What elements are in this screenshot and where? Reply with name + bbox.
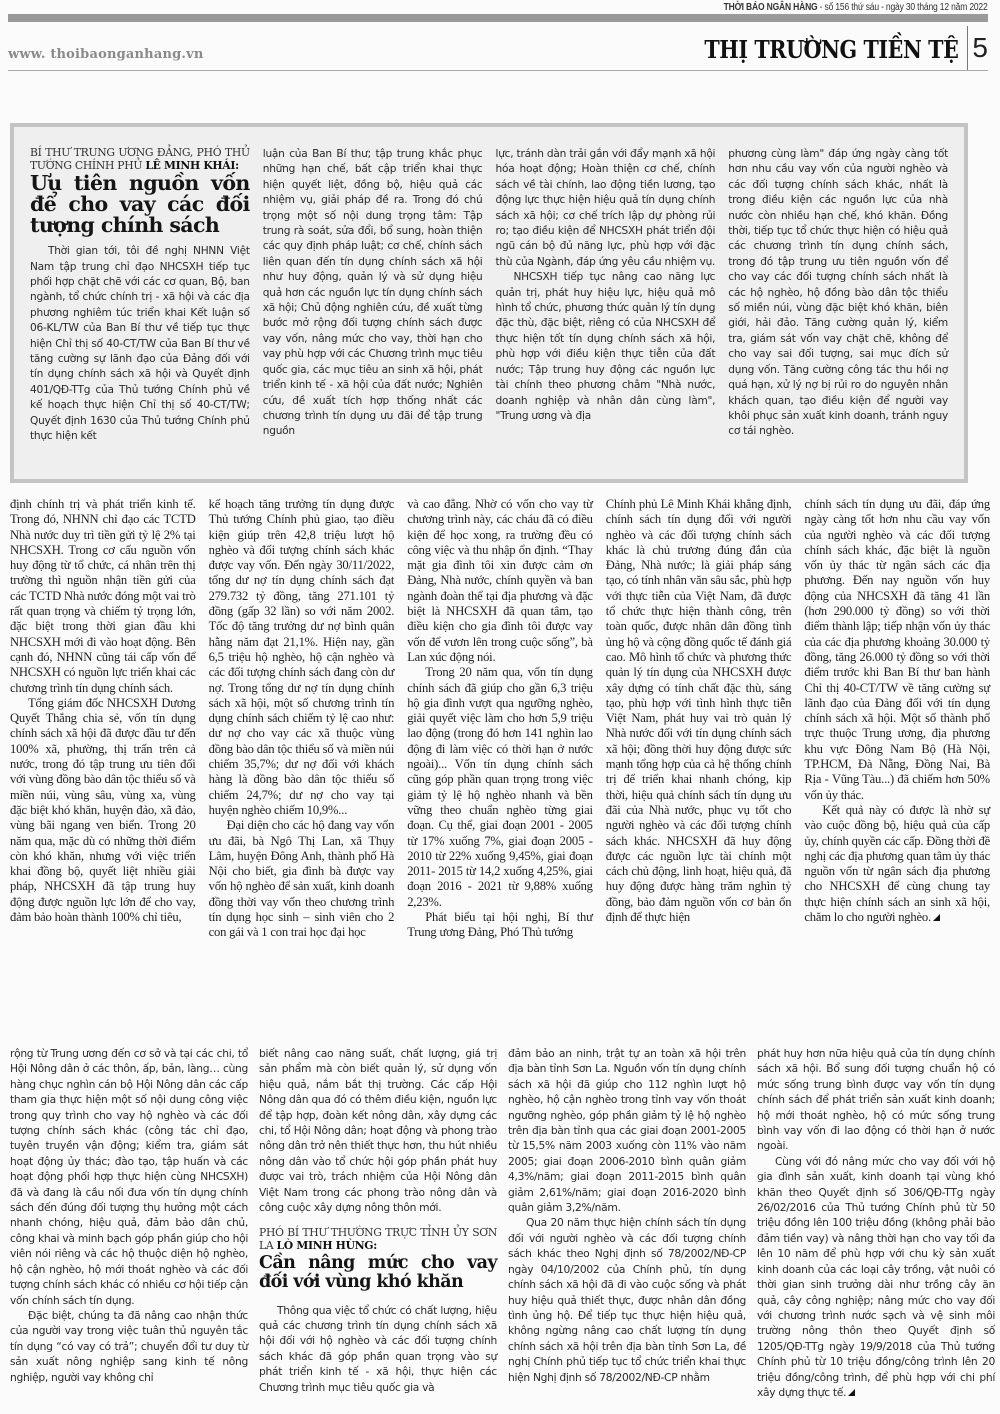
paper-name: THỜI BÁO NGÂN HÀNG [724, 2, 818, 13]
website-link[interactable]: www. thoibaonganhang.vn [8, 47, 204, 62]
box-column-2: luận của Ban Bí thư; tập trung khắc phục… [263, 147, 483, 469]
bottom-column-4: phát huy hơn nữa hiệu quả của tín dụng c… [757, 1046, 995, 1414]
paragraph: Đặc biệt, chúng ta đã nâng cao nhận thức… [10, 1308, 248, 1385]
paragraph: đảm bảo an ninh, trật tự an toàn xã hội … [508, 1046, 746, 1215]
paragraph: định chính trị và phát triển kinh tế. Tr… [10, 497, 196, 696]
paragraph: biết nâng cao năng suất, chất lượng, giá… [259, 1046, 497, 1215]
bottom-column-3: đảm bảo an ninh, trật tự an toàn xã hội … [508, 1046, 746, 1414]
page-number: 5 [972, 32, 988, 64]
paragraph-text: Cùng với đó nâng mức cho vay đối với hộ … [757, 1155, 995, 1399]
paragraph: phương cùng làm" đáp ứng ngày càng tốt h… [728, 147, 948, 440]
paragraph: NHCSXH tiếp tục nâng cao năng lực quản t… [496, 270, 716, 424]
bottom-column-1: rộng từ Trung ương đến cơ sở và tại các … [10, 1046, 248, 1414]
box-column-1: BÍ THƯ TRUNG ƯƠNG ĐẢNG, PHÓ THỦ TƯỚNG CH… [30, 147, 250, 469]
mid-column-4: Chính phủ Lê Minh Khái khẳng định, chính… [606, 497, 792, 975]
paragraph: kế hoạch tăng trưởng tín dụng được Thủ t… [209, 497, 395, 818]
paragraph: phát huy hơn nữa hiệu quả của tín dụng c… [757, 1046, 995, 1154]
paragraph: Chính phủ Lê Minh Khái khẳng định, chính… [606, 497, 792, 925]
paragraph: Phát biểu tại hội nghị, Bí thư Trung ươn… [407, 910, 593, 941]
end-mark-icon [848, 1389, 855, 1396]
header-divider [967, 26, 968, 70]
paragraph: rộng từ Trung ương đến cơ sở và tại các … [10, 1046, 248, 1308]
end-mark-icon [933, 914, 940, 921]
paragraph: và cao đẳng. Nhờ có vốn cho vay từ chươn… [407, 497, 593, 665]
box-column-3: lực, tránh dàn trải gắn với đẩy mạnh xã … [496, 147, 716, 469]
bottom-column-2: biết nâng cao năng suất, chất lượng, giá… [259, 1046, 497, 1414]
boxed-article: BÍ THƯ TRUNG ƯƠNG ĐẢNG, PHÓ THỦ TƯỚNG CH… [10, 123, 968, 483]
mid-column-2: kế hoạch tăng trưởng tín dụng được Thủ t… [209, 497, 395, 975]
paragraph: Kết quả này có được là nhờ sự vào cuộc đ… [804, 803, 990, 925]
mid-column-1: định chính trị và phát triển kinh tế. Tr… [10, 497, 196, 975]
issue-info: - số 156 thứ sáu - ngày 30 tháng 12 năm … [818, 2, 988, 13]
kicker-name: LÊ MINH KHÁI: [145, 159, 239, 172]
kicker-name: LÒ MINH HÙNG: [277, 1239, 377, 1252]
paragraph: Thời gian tới, tôi đề nghị NHNN Việt Nam… [30, 244, 250, 444]
box-kicker: BÍ THƯ TRUNG ƯƠNG ĐẢNG, PHÓ THỦ TƯỚNG CH… [30, 147, 250, 172]
paragraph: Tổng giám đốc NHCSXH Dương Quyết Thắng c… [10, 696, 196, 925]
bottom-kicker: PHÓ BÍ THƯ THƯỜNG TRỰC TỈNH ỦY SƠN LA LÒ… [259, 1227, 497, 1252]
paragraph-text: Kết quả này có được là nhờ sự vào cuộc đ… [804, 803, 990, 924]
bottom-article: rộng từ Trung ương đến cơ sở và tại các … [10, 1046, 995, 1414]
header-rule [8, 70, 988, 71]
paragraph: lực, tránh dàn trải gắn với đẩy mạnh xã … [496, 147, 716, 270]
page-header: www. thoibaonganhang.vn THỊ TRƯỜNG TIỀN … [0, 26, 1000, 70]
mid-column-3: và cao đẳng. Nhờ có vốn cho vay từ chươn… [407, 497, 593, 975]
paragraph: Đại diện cho các hộ đang vay vốn ưu đãi,… [209, 818, 395, 940]
box-headline: Ưu tiên nguồn vốn để cho vay các đối tượ… [30, 173, 250, 236]
top-rule [8, 14, 988, 22]
mid-column-5: chính sách tín dụng ưu đãi, đáp ứng ngày… [804, 497, 990, 975]
bottom-headline: Cần nâng mức cho vay đối với vùng khó kh… [259, 1254, 497, 1292]
paragraph: Trong 20 năm qua, vốn tín dụng chính sác… [407, 665, 593, 910]
box-column-4: phương cùng làm" đáp ứng ngày càng tốt h… [728, 147, 948, 469]
paragraph: luận của Ban Bí thư; tập trung khắc phục… [263, 147, 483, 440]
section-title: THỊ TRƯỜNG TIỀN TỆ [704, 35, 958, 64]
paragraph: Cùng với đó nâng mức cho vay đối với hộ … [757, 1154, 995, 1401]
paragraph: Qua 20 năm thực hiện chính sách tín dụng… [508, 1215, 746, 1384]
paragraph: chính sách tín dụng ưu đãi, đáp ứng ngày… [804, 497, 990, 803]
paragraph: Thông qua việc tổ chức có chất lượng, hi… [259, 1303, 497, 1395]
middle-article: định chính trị và phát triển kinh tế. Tr… [10, 497, 990, 975]
issue-line: THỜI BÁO NGÂN HÀNG - số 156 thứ sáu - ng… [724, 2, 988, 13]
